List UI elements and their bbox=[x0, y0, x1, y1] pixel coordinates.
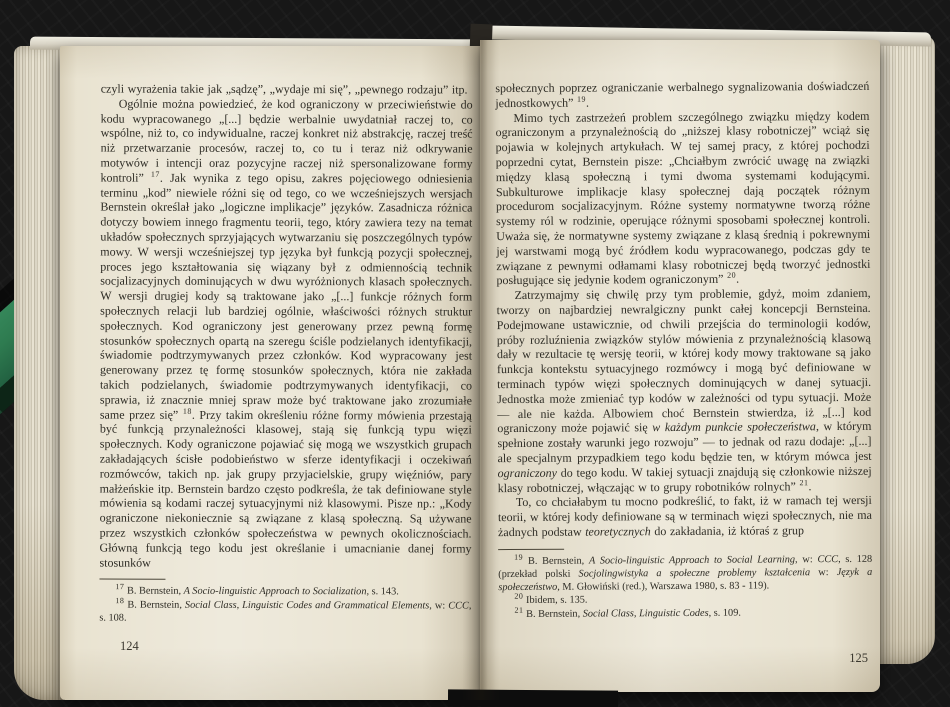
paragraph: czyli wyrażenia takie jak „sądzę”, „wyda… bbox=[101, 82, 473, 98]
text-run: B. Bernstein, bbox=[523, 608, 582, 619]
footnote-ref: 18 bbox=[115, 596, 124, 605]
spine-bottom-shadow bbox=[448, 689, 618, 707]
page-edges-right bbox=[878, 36, 935, 664]
paragraph: społecznych poprzez ograniczanie werbaln… bbox=[495, 79, 869, 111]
footnote-ref: 21 bbox=[514, 605, 523, 614]
text-run: . bbox=[736, 272, 739, 286]
text-run: ograniczony bbox=[498, 465, 557, 479]
book-page-right: społecznych poprzez ograniczanie werbaln… bbox=[480, 40, 880, 692]
paragraph: Zatrzymajmy się chwilę przy tym problemi… bbox=[497, 286, 872, 495]
text-run: Social Class, Linguistic Codes bbox=[583, 607, 709, 619]
page-number: 124 bbox=[120, 639, 139, 654]
paragraph: Ogólnie można powiedzieć, że kod ogranic… bbox=[99, 96, 472, 570]
footnote: 21 B. Bernstein, Social Class, Linguisti… bbox=[498, 605, 872, 620]
text-run: do zakładania, iż któraś z grup bbox=[651, 523, 804, 538]
page-right-body: społecznych poprzez ograniczanie werbaln… bbox=[495, 79, 872, 540]
footnote-rule bbox=[498, 548, 564, 549]
text-run: Socjolingwistyka a społeczne problemy ks… bbox=[579, 567, 811, 579]
text-run: CCC bbox=[448, 600, 469, 611]
text-run: B. Bernstein, bbox=[523, 555, 589, 566]
text-run: Social Class, Linguistic Codes and Gramm… bbox=[185, 599, 429, 611]
paragraph: To, co chciałabym tu mocno podkreślić, t… bbox=[498, 493, 872, 540]
footnote-rule bbox=[99, 579, 165, 580]
paragraph: Mimo tych zastrzeżeń problem szczególneg… bbox=[495, 108, 870, 288]
text-run: Ibidem, s. 135. bbox=[523, 595, 587, 606]
text-run: , s. 109. bbox=[709, 607, 741, 618]
text-run: Zatrzymajmy się chwilę przy tym problemi… bbox=[497, 286, 872, 435]
page-number: 125 bbox=[849, 651, 868, 666]
text-run: w każdym punkcie społeczeństwa bbox=[652, 419, 816, 434]
footnote-ref: 20 bbox=[514, 592, 523, 601]
text-run: . Przy takim określeniu różne formy mówi… bbox=[99, 407, 471, 569]
footnote-ref: 21 bbox=[799, 478, 808, 487]
footnote-ref: 20 bbox=[727, 271, 736, 280]
text-run: Mimo tych zastrzeżeń problem szczególneg… bbox=[496, 108, 871, 287]
footnote: 17 B. Bernstein, A Socio-linguistic Appr… bbox=[99, 585, 471, 599]
text-run: w: bbox=[810, 567, 837, 578]
footnote: 19 B. Bernstein, A Socio-linguistic Appr… bbox=[498, 553, 872, 595]
footnote-ref: 19 bbox=[577, 94, 586, 103]
text-run: , w: bbox=[795, 554, 817, 565]
page-left-content: czyli wyrażenia takie jak „sądzę”, „wyda… bbox=[59, 45, 481, 700]
text-run: czyli wyrażenia takie jak „sądzę”, „wyda… bbox=[101, 82, 468, 97]
book-page-left: czyli wyrażenia takie jak „sądzę”, „wyda… bbox=[60, 46, 480, 700]
text-run: A Socio-linguistic Approach to Socializa… bbox=[184, 586, 367, 597]
text-run: , M. Głowiński (red.), Warszawa 1980, s.… bbox=[557, 581, 769, 593]
footnote-ref: 17 bbox=[115, 582, 124, 591]
footnote-ref: 18 bbox=[183, 406, 192, 415]
photo-background: czyli wyrażenia takie jak „sądzę”, „wyda… bbox=[0, 0, 950, 707]
text-run: . bbox=[808, 479, 811, 493]
page-edges-left bbox=[14, 46, 64, 700]
text-run: B. Bernstein, bbox=[124, 599, 185, 610]
page-right-footnotes: 19 B. Bernstein, A Socio-linguistic Appr… bbox=[498, 553, 872, 621]
text-run: teoretycznych bbox=[585, 524, 651, 538]
page-left-body: czyli wyrażenia takie jak „sądzę”, „wyda… bbox=[99, 82, 472, 571]
text-run: CCC bbox=[817, 554, 838, 565]
footnote-ref: 19 bbox=[514, 552, 523, 561]
text-run: , s. 143. bbox=[366, 587, 398, 598]
text-run: , w: bbox=[429, 600, 448, 611]
text-run: . Jak wynika z tego opisu, zakres pojęci… bbox=[100, 170, 473, 421]
text-run: . bbox=[586, 95, 589, 109]
text-run: społecznych poprzez ograniczanie werbaln… bbox=[495, 79, 869, 110]
page-right-content: społecznych poprzez ograniczanie werbaln… bbox=[478, 39, 882, 693]
text-run: A Socio-linguistic Approach to Social Le… bbox=[589, 554, 795, 566]
page-left-footnotes: 17 B. Bernstein, A Socio-linguistic Appr… bbox=[99, 585, 471, 626]
text-run: B. Bernstein, bbox=[124, 586, 183, 597]
footnote: 18 B. Bernstein, Social Class, Linguisti… bbox=[99, 598, 471, 625]
